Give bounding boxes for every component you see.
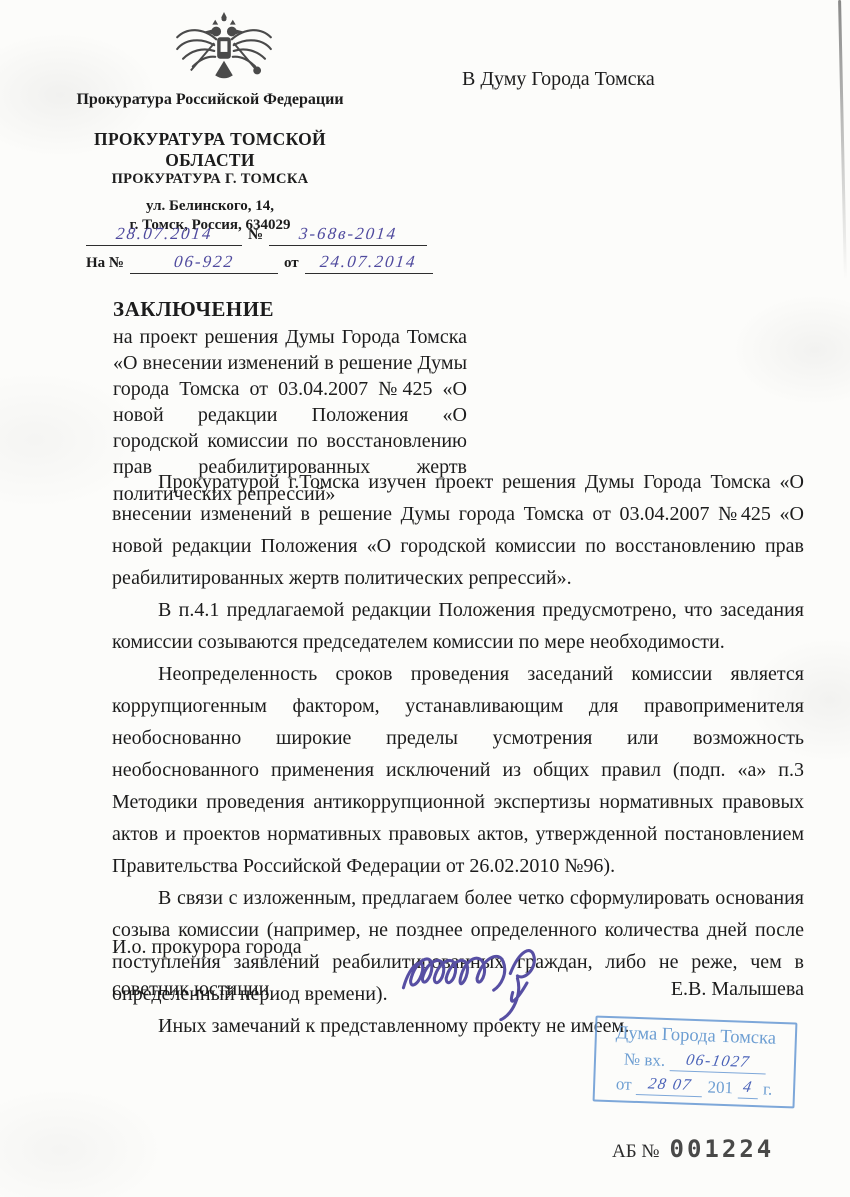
incoming-date-field: 24.07.2014	[305, 252, 433, 274]
handwritten-incoming-number: 06-922	[173, 252, 235, 272]
stamp-year-printed: 201	[707, 1077, 733, 1098]
letterhead-federation-title: Прокуратура Российской Федерации	[60, 90, 360, 110]
number-sign-label: №	[248, 227, 263, 246]
body-paragraph: В п.4.1 предлагаемой редакции Положения …	[112, 594, 804, 658]
from-label: от	[284, 255, 299, 274]
letterhead-region-title: ПРОКУРАТУРА ТОМСКОЙ ОБЛАСТИ	[60, 129, 360, 171]
form-number-block: АБ № 001224	[612, 1135, 774, 1163]
form-series-label: АБ №	[612, 1141, 660, 1163]
stamp-year-field: 4	[738, 1077, 759, 1100]
outgoing-reference-line: 28.07.2014 № 3-68в-2014	[86, 224, 427, 246]
stamp-date-label: от	[616, 1074, 632, 1095]
incoming-registration-stamp: Дума Города Томска № вх. 06-1027 от 28 0…	[593, 1016, 798, 1109]
outgoing-number-field: 3-68в-2014	[269, 224, 427, 246]
handwritten-signature	[388, 926, 578, 1026]
handwritten-outgoing-number: 3-68в-2014	[298, 224, 398, 244]
stamp-title: Дума Города Томска	[597, 1023, 796, 1051]
address-line-1: ул. Белинского, 14,	[60, 197, 360, 216]
incoming-number-field: 06-922	[130, 252, 278, 274]
body-paragraph: Прокуратурой г.Томска изучен проект реше…	[112, 466, 804, 594]
stamp-year-suffix: г.	[763, 1079, 773, 1099]
handwritten-incoming-date: 24.07.2014	[319, 252, 418, 272]
incoming-reference-line: На № 06-922 от 24.07.2014	[86, 252, 433, 274]
handwritten-stamp-date: 28 07	[646, 1075, 693, 1094]
scan-edge-artifact	[838, 0, 847, 280]
signer-position-line1: И.о. прокурора города	[112, 936, 302, 959]
handwritten-stamp-number: 06-1027	[685, 1052, 752, 1072]
stamp-reg-row: № вх. 06-1027	[596, 1047, 795, 1076]
stamp-date-field: 28 07	[636, 1073, 703, 1097]
handwritten-outgoing-date: 28.07.2014	[115, 224, 214, 244]
stamp-date-row: от 28 07 2014 г.	[595, 1072, 794, 1101]
handwritten-stamp-year-digit: 4	[742, 1079, 755, 1097]
stamp-reg-label: № вх.	[624, 1050, 666, 1071]
coat-of-arms-icon	[163, 10, 285, 88]
body-paragraph: Неопределенность сроков проведения засед…	[112, 658, 804, 882]
incoming-label: На №	[86, 255, 124, 274]
form-number-stamped: 001224	[670, 1135, 775, 1163]
signer-position-line2: советник юстиции	[112, 978, 269, 1001]
recipient-line: В Думу Города Томска	[462, 68, 655, 91]
document-title: ЗАКЛЮЧЕНИЕ	[113, 296, 467, 324]
scanned-letter-page: Прокуратура Российской Федерации ПРОКУРА…	[0, 0, 850, 1197]
stamp-reg-field: 06-1027	[670, 1049, 767, 1074]
outgoing-date-field: 28.07.2014	[86, 224, 242, 246]
signer-name: Е.В. Малышева	[560, 978, 804, 1001]
letterhead-city-title: ПРОКУРАТУРА Г. ТОМСКА	[60, 171, 360, 188]
